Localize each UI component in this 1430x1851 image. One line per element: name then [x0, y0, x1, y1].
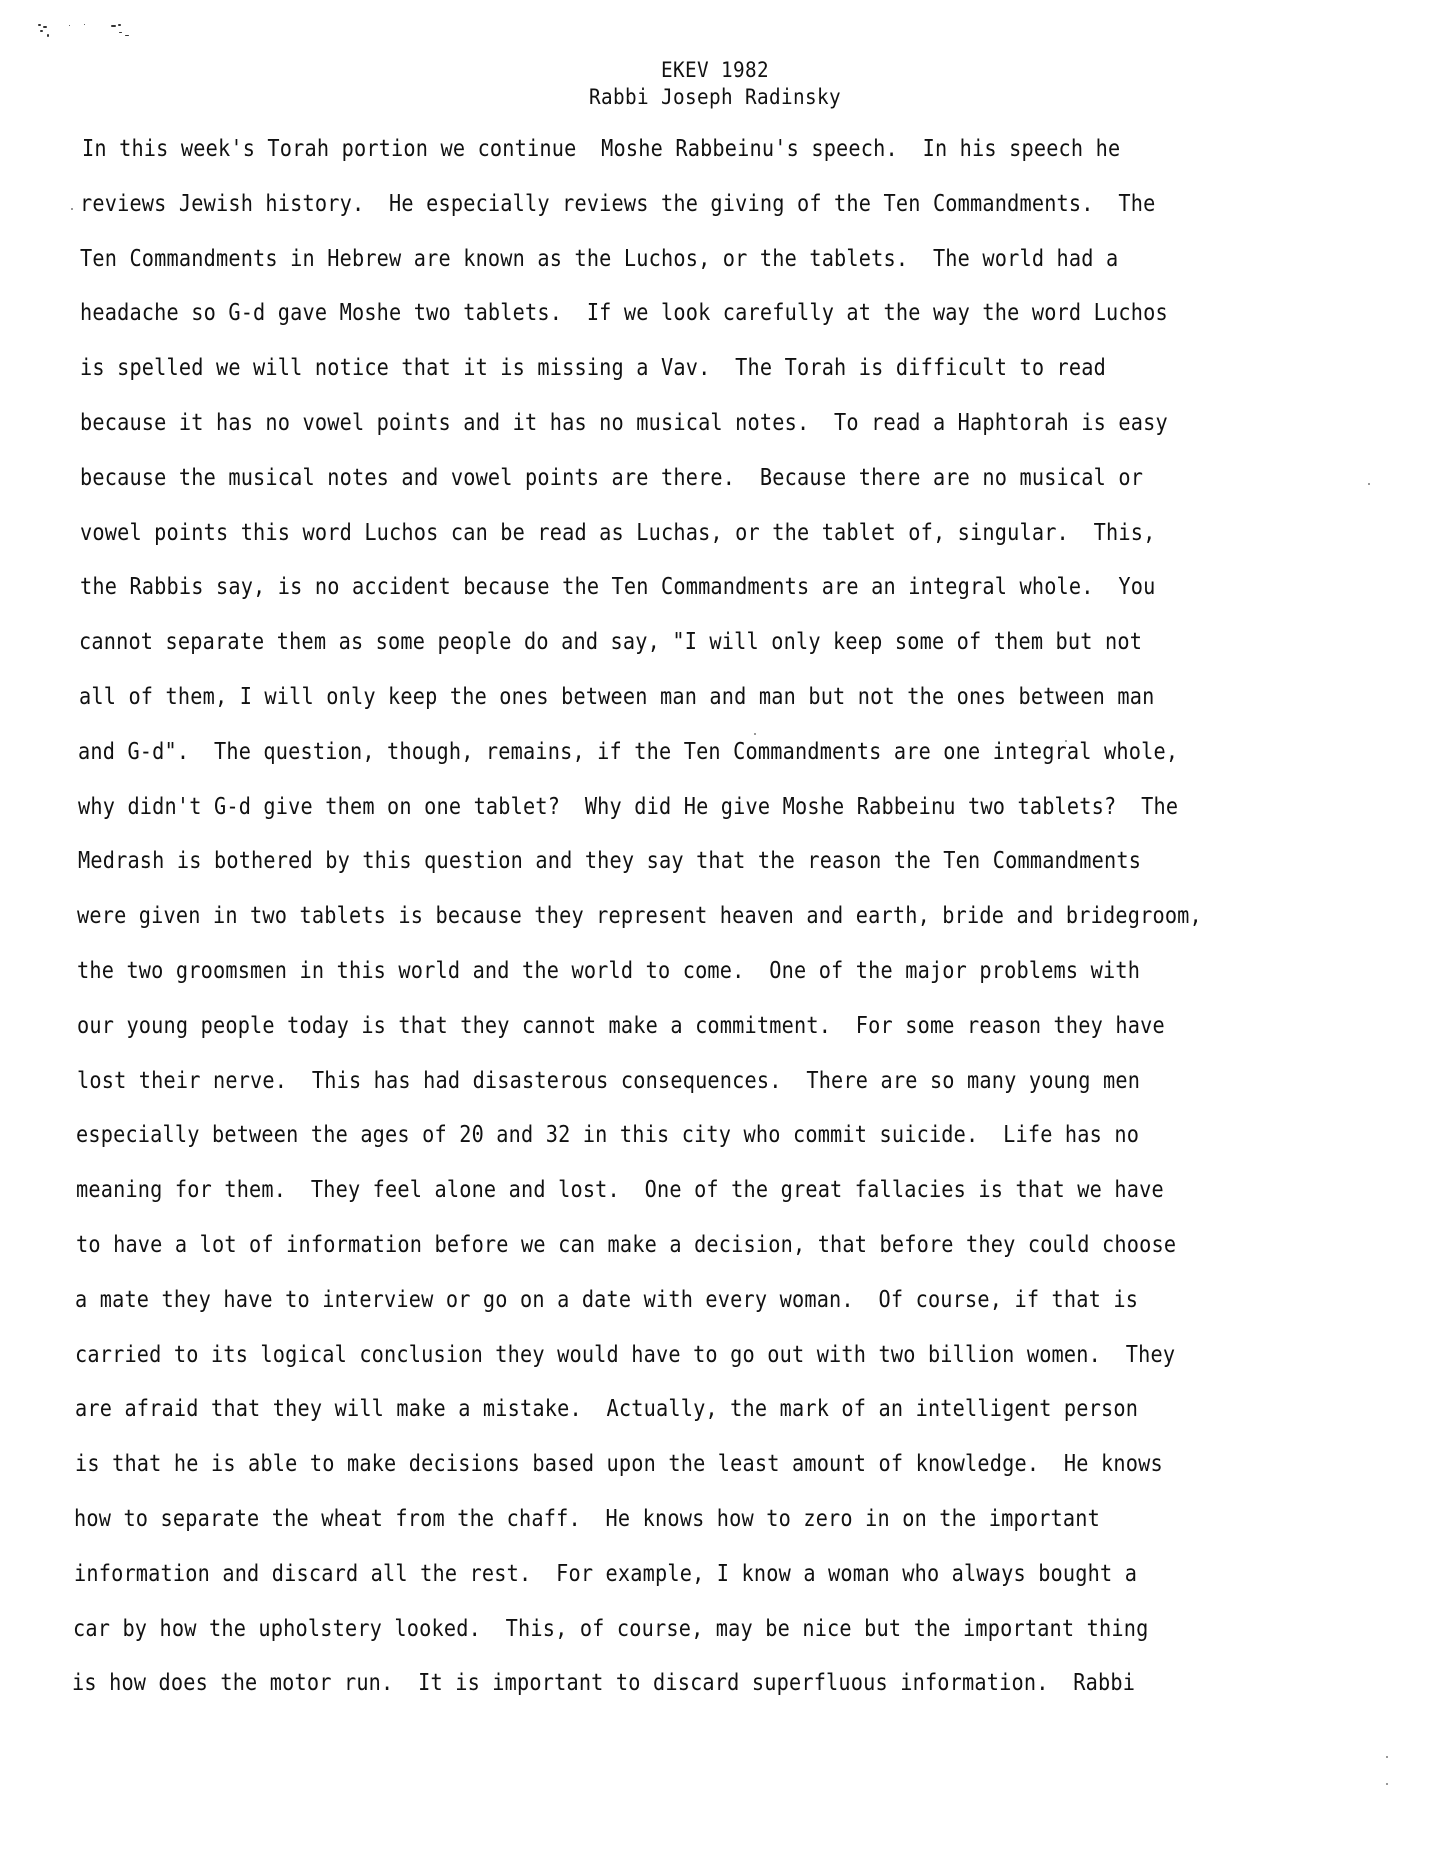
body-line: carried to its logical conclusion they w… — [75, 1342, 1175, 1368]
body-line: Ten Commandments in Hebrew are known as … — [80, 246, 1118, 272]
body-line: vowel points this word Luchos can be rea… — [80, 520, 1155, 546]
scan-artifact-specks — [34, 20, 134, 40]
body-line: is spelled we will notice that it is mis… — [80, 355, 1106, 381]
scan-dot — [754, 733, 756, 735]
body-line: information and discard all the rest. Fo… — [74, 1561, 1137, 1587]
body-line: especially between the ages of 20 and 32… — [76, 1122, 1139, 1148]
body-line: are afraid that they will make a mistake… — [75, 1396, 1138, 1422]
body-line: Medrash is bothered by this question and… — [78, 848, 1141, 874]
body-line: lost their nerve. This has had disastero… — [77, 1068, 1140, 1094]
body-line: the two groomsmen in this world and the … — [77, 958, 1140, 984]
scan-dot — [1368, 483, 1370, 485]
body-line: reviews Jewish history. He especially re… — [80, 191, 1155, 217]
scan-dot — [71, 208, 73, 210]
body-line: and G-d". The question, though, remains,… — [78, 739, 1178, 765]
document-title: EKEV 1982 — [57, 58, 1373, 82]
body-line: all of them, I will only keep the ones b… — [79, 684, 1154, 710]
scan-dot — [1065, 740, 1067, 742]
scan-dot — [1386, 1756, 1388, 1758]
body-line: because the musical notes and vowel poin… — [80, 465, 1143, 491]
body-line: headache so G-d gave Moshe two tablets. … — [80, 300, 1168, 326]
scan-dot — [1386, 1783, 1388, 1785]
body-line: In this week's Torah portion we continue… — [82, 136, 1120, 162]
body-line: meaning for them. They feel alone and lo… — [76, 1177, 1164, 1203]
body-line: the Rabbis say, is no accident because t… — [80, 574, 1155, 600]
body-line: is that he is able to make decisions bas… — [75, 1451, 1163, 1477]
body-line: why didn't G-d give them on one tablet? … — [78, 794, 1178, 820]
body-line: car by how the upholstery looked. This, … — [73, 1616, 1148, 1642]
body-line: is how does the motor run. It is importa… — [72, 1670, 1135, 1696]
body-line: were given in two tablets is because the… — [77, 903, 1202, 929]
body-line: how to separate the wheat from the chaff… — [74, 1506, 1100, 1532]
body-line: a mate they have to interview or go on a… — [75, 1287, 1138, 1313]
body-line: cannot separate them as some people do a… — [79, 629, 1142, 655]
scan-dot — [583, 474, 585, 476]
body-line: to have a lot of information before we c… — [76, 1232, 1176, 1258]
body-line: our young people today is that they cann… — [77, 1013, 1165, 1039]
document-author: Rabbi Joseph Radinsky — [57, 85, 1373, 109]
body-line: because it has no vowel points and it ha… — [80, 410, 1168, 436]
